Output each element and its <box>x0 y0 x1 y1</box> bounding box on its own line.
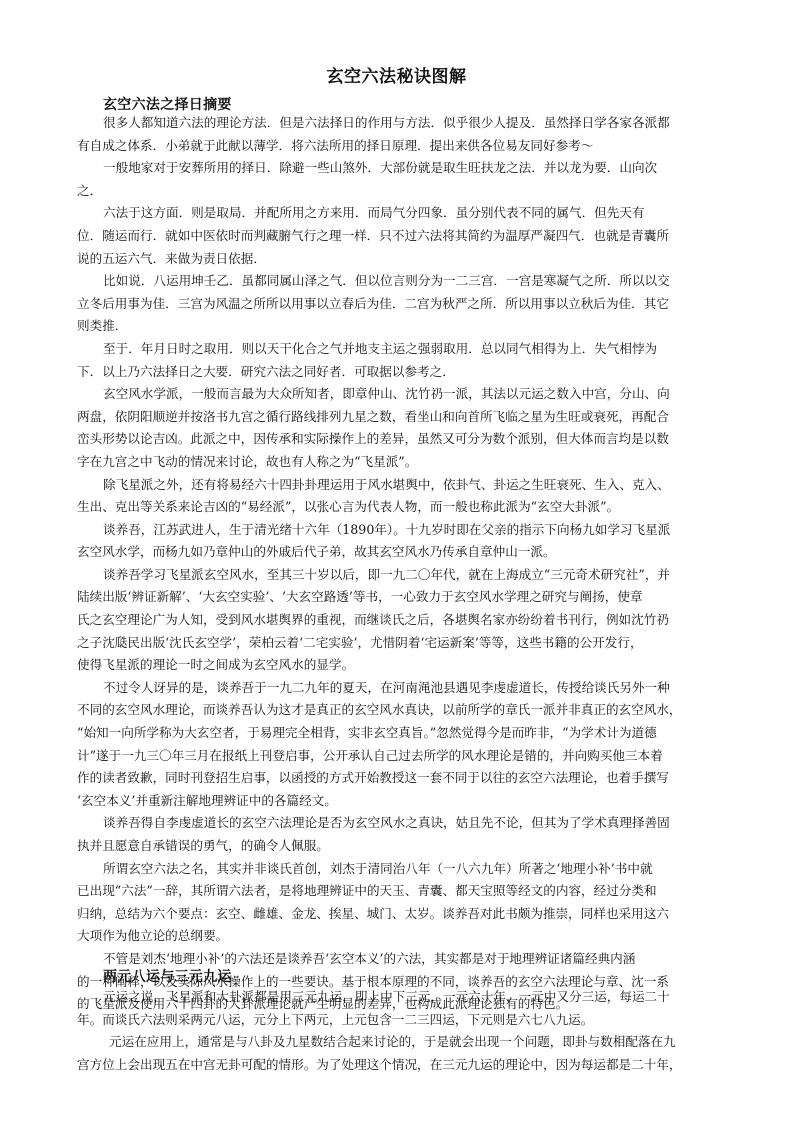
text-line: 两盘，依阴阳顺逆并按洛书九宫之循行路线排列九星之数，看坐山和向首所飞临之星为生旺… <box>77 406 772 429</box>
text-line: 陆续出版‘辨证新解’、‘大玄空实验’、‘大玄空路透’等书，一心致力于玄空风水学理… <box>77 586 772 609</box>
text-line: 有自成之体系．小弟就于此献以薄学．将六法所用的择日原理．提出来供各位易友同好参考… <box>77 135 772 158</box>
text-line: 计”遂于一九三〇年三月在报纸上刊登启事，公开承认自己过去所学的风水理论是错的，并… <box>77 745 772 768</box>
text-line: 玄空风水学派，一般而言最为大众所知者，即章仲山、沈竹礽一派，其法以元运之数入中宫… <box>77 383 772 406</box>
text-line: “始知一向所学称为大玄空者，于易理完全相背，实非玄空真旨。”忽然觉得今是而昨非，… <box>77 722 772 745</box>
text-line: 之子沈瓞民出版‘沈氏玄空学’，荣柏云着‘二宅实验’，尤惜阴着‘宅运新案’等等，这… <box>77 632 772 655</box>
text-line: 玄空风水学，而杨九如乃章仲山的外戚后代子弟，故其玄空风水乃传承自章仲山一派。 <box>77 541 772 564</box>
text-line: 已出现“六法”一辞，其所谓六法者，是将地理辨证中的天玉、青囊、都天宝照等经文的内… <box>77 880 772 903</box>
text-line: 之． <box>77 180 772 203</box>
text-line: 很多人都知道六法的理论方法．但是六法择日的作用与方法．似乎很少人提及．虽然择日学… <box>77 112 772 135</box>
text-line: 宫方位上会出现五在中宫无卦可配的情形。为了处理这个情况，在三元九运的理论中，因为… <box>77 1054 772 1077</box>
section-heading-1: 玄空六法之择日摘要 <box>103 94 232 114</box>
text-line: 生出、克出等关系来论吉凶的“易经派”，以张心言为代表人物，而一般也称此派为“玄空… <box>77 496 772 519</box>
text-line: 一般地家对于安葬所用的择日．除避一些山煞外．大部份就是取生旺扶龙之法．并以龙为要… <box>77 157 772 180</box>
text-line: 则类推． <box>77 315 772 338</box>
text-line: 大项作为他立论的总纲要。 <box>77 925 772 948</box>
text-line: 六法于这方面．则是取局．并配所用之方来用．而局气分四象．虽分别代表不同的属气．但… <box>77 202 772 225</box>
text-line: 元运之说，飞星派和大卦派都是用三元九运，即上中下三元，一元六十年，一元中又分三运… <box>77 986 772 1009</box>
text-line: 元运在应用上，通常是与八卦及九星数结合起来讨论的，于是就会出现一个问题，即卦与数… <box>77 1031 772 1054</box>
text-line: 氏之玄空理论广为人知，受到风水堪舆界的重视，而继谈氏之后，各堪舆名家亦纷纷着书刊… <box>77 609 772 632</box>
text-line: 谈养吾，江苏武进人，生于清光绪十六年（1890年）。十九岁时即在父亲的指示下向杨… <box>77 519 772 542</box>
text-line: 峦头形势以论吉凶。此派之中，因传承和实际操作上的差异，虽然又可分为数个派别，但大… <box>77 428 772 451</box>
document-page: 玄空六法秘诀图解 玄空六法之择日摘要 很多人都知道六法的理论方法．但是六法择日的… <box>0 0 793 1122</box>
text-line: 下．以上乃六法择日之大要．研究六法之同好者．可取据以参考之． <box>77 361 772 384</box>
text-line: 谈养吾得自李虔虚道长的玄空六法理论是否为玄空风水之真诀，姑且先不论，但其为了学术… <box>77 812 772 835</box>
text-line: 比如说．八运用坤壬乙．虽都同属山泽之气．但以位言则分为一二三宫．一宫是寒凝气之所… <box>77 270 772 293</box>
text-line: 谈养吾学习飞星派玄空风水，至其三十岁以后，即一九二〇年代，就在上海成立“三元奇术… <box>77 564 772 587</box>
section-2-body: 元运之说，飞星派和大卦派都是用三元九运，即上中下三元，一元六十年，一元中又分三运… <box>77 986 772 1076</box>
section-heading-2: 两元八运与三元九运 <box>103 966 232 986</box>
text-line: 位．随运而行．就如中医依时而判藏腑气行之理一样．只不过六法将其简约为温厚严凝四气… <box>77 225 772 248</box>
document-title: 玄空六法秘诀图解 <box>0 62 793 87</box>
text-line: 除飞星派之外，还有将易经六十四卦卦理运用于风水堪舆中，依卦气、卦运之生旺衰死、生… <box>77 474 772 497</box>
text-line: ‘玄空本义’并重新注解地理辨证中的各篇经文。 <box>77 790 772 813</box>
text-line: 不过令人讶异的是，谈养吾于一九二九年的夏天，在河南渑池县遇见李虔虚道长，传授给谈… <box>77 677 772 700</box>
text-line: 归纳，总结为六个要点：玄空、雌雄、金龙、挨星、城门、太岁。谈养吾对此书颇为推崇，… <box>77 903 772 926</box>
text-line: 至于．年月日时之取用．则以天干化合之气并地支主运之强弱取用．总以同气相得为上．失… <box>77 338 772 361</box>
text-line: 执并且愿意自承错误的勇气，的确令人佩服。 <box>77 835 772 858</box>
text-line: 字在九宫之中飞动的情况来讨论，故也有人称之为“飞星派”。 <box>77 451 772 474</box>
text-line: 年。而谈氏六法则采两元八运，元分上下两元，上元包含一二三四运，下元则是六七八九运… <box>77 1009 772 1032</box>
text-line: 作的读者致歉，同时刊登招生启事，以函授的方式开始教授这一套不同于以往的玄空六法理… <box>77 767 772 790</box>
text-line: 不同的玄空风水理论，而谈养吾认为这才是真正的玄空风水真诀，以前所学的章氏一派并非… <box>77 699 772 722</box>
section-1-body: 很多人都知道六法的理论方法．但是六法择日的作用与方法．似乎很少人提及．虽然择日学… <box>77 112 772 1016</box>
text-line: 立冬后用事为佳．三宫为风温之所所以用事以立春后为佳．二宫为秋严之所．所以用事以立… <box>77 293 772 316</box>
text-line: 使得飞星派的理论一时之间成为玄空风水的显学。 <box>77 654 772 677</box>
text-line: 说的五运六气．来做为责日依据． <box>77 248 772 271</box>
text-line: 所谓玄空六法之名，其实并非谈氏首创，刘杰于清同治八年（一八六九年）所著之‘地理小… <box>77 858 772 881</box>
